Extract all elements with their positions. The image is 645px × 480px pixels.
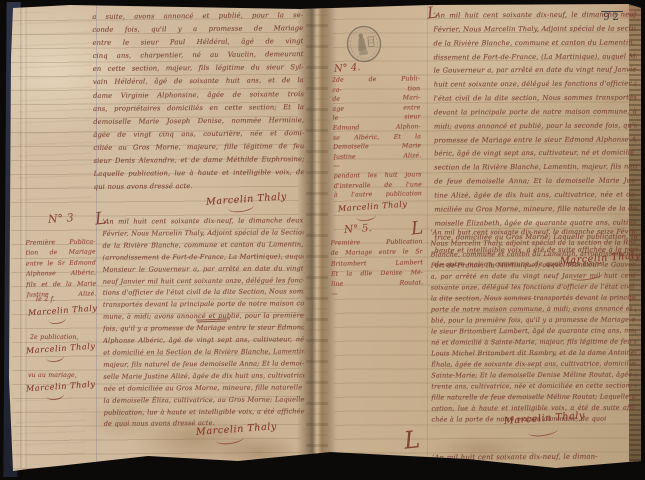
entry3-margin-note: Première Publica-tion de Mariageentre le…	[25, 237, 96, 301]
left-page-previous-entry-text: a suite, avons annoncé et publié, pour l…	[92, 9, 305, 194]
entry3-margin-mention: le 2 f.	[36, 296, 86, 303]
entry5-initial-letter: L	[410, 217, 424, 239]
handwriting-line: section de la Rivière Blanche, Lamentin,…	[434, 161, 637, 176]
next-entry-first-line: ’An mil huit cent soixante dix-neuf, le …	[432, 450, 632, 464]
handwriting-line: selle Marie Justine Alizé, âgée de dix h…	[103, 370, 304, 383]
entry3-margin-mention: 2e publication,	[30, 334, 86, 341]
entry3-body-text: ’An mil huit cent soixante dix-neuf, le …	[102, 215, 304, 431]
handwriting-line: promesse de Mariage entre le sieur Edmon…	[434, 133, 637, 148]
register-double-page: 92 a suite, avons annoncé et publié, pou…	[0, 0, 645, 480]
handwriting-line: dissement de Fort-de-France, (La Martini…	[434, 50, 637, 65]
handwriting-line: le Gouverneur a, par arrêté en date du v…	[434, 64, 637, 79]
handwriting-line: miciliée au Gros Morne, mineure, fille n…	[434, 202, 637, 217]
handwriting-line: Justine Alizé.	[333, 151, 421, 162]
handwriting-line: Février, Nous Marcelin Thaly, Adjoint sp…	[433, 22, 636, 37]
handwriting-line: —	[331, 289, 423, 301]
handwriting-line: l'état civil de la dite section, Nous so…	[434, 92, 637, 107]
ink-bleedthrough	[18, 12, 92, 207]
handwriting-line: de la Rivière Blanche, commune et canton…	[102, 239, 303, 252]
handwriting-line: la demoiselle Éliza, cultivatrice, au Gr…	[104, 394, 305, 407]
entry5-margin-note: Première Publicationde Mariage entre le …	[330, 237, 423, 300]
handwriting-line: Monsieur le Gouverneur a, par arrêté en …	[103, 263, 304, 276]
handwriting-line: de feue demoiselle Anna; Et la demoisell…	[434, 175, 637, 190]
handwriting-line: béric, âgé de vingt sept ans, cultivateu…	[434, 147, 637, 162]
revenue-stamp-icon	[343, 22, 384, 65]
binding-gutter-texture	[306, 3, 328, 473]
entry4-margin-note: 2de de Publi-ca- tionde Mari-age entrele…	[332, 74, 422, 200]
handwriting-line: Laquelle publication, lue à haute et int…	[94, 166, 305, 181]
page-fold-crease	[20, 6, 27, 468]
handwriting-line: (arrondissement de Fort-de-France, La Ma…	[103, 251, 304, 264]
handwriting-line: dame Virginie Alphonsine, âgée de soixan…	[93, 88, 304, 103]
handwriting-line: majeur, fils naturel de feue demoiselle …	[103, 358, 304, 371]
handwriting-line: tine Alizé, âgée de dix huit ans, cultiv…	[434, 188, 637, 203]
entry3-margin-number: N° 3	[48, 211, 74, 226]
handwriting-line: ’An mil huit cent soixante dix-neuf, le …	[433, 8, 636, 23]
handwriting-line: de la Rivière Blanche, commune et canton…	[433, 36, 636, 51]
margin-mention-text: 2e publication,	[30, 334, 79, 341]
handwriting-line: huit cent soixante onze, délégué les fon…	[434, 78, 637, 93]
scanned-register-photo: 92 a suite, avons annoncé et publié, pou…	[0, 0, 645, 480]
entry4-margin-number: N° 4.	[334, 62, 361, 75]
handwriting-line: publication, lue à haute et intelligible…	[104, 406, 305, 419]
margin-rule-right-page	[427, 5, 428, 457]
next-entry-initial-letter: L	[403, 425, 422, 455]
entry3-margin-mention: vu au mariage,	[28, 372, 86, 379]
handwriting-line: Alphonse Albéric,	[26, 269, 96, 281]
handwriting-line: devant la principale porte de notre mais…	[434, 105, 637, 120]
handwriting-line: vain Héldéral, âgé de soixante huit ans,…	[93, 75, 304, 90]
handwriting-line: midi; avons annoncé et publié, pour la s…	[434, 119, 637, 134]
entry5-margin-number: N° 5.	[344, 222, 373, 236]
entry5-body-text: ’An mil huit cent soixante dix-neuf, le …	[430, 226, 636, 425]
margin-mention-text: le 2 f.	[36, 296, 55, 303]
margin-mention-text: vu au mariage,	[28, 372, 77, 379]
handwriting-line: née et domiciliée au Gros Morne, mineure…	[103, 382, 304, 395]
handwriting-line: à l'autre publication	[334, 189, 422, 200]
handwriting-line: ’An mil huit cent soixante dix-neuf, le …	[432, 450, 632, 464]
